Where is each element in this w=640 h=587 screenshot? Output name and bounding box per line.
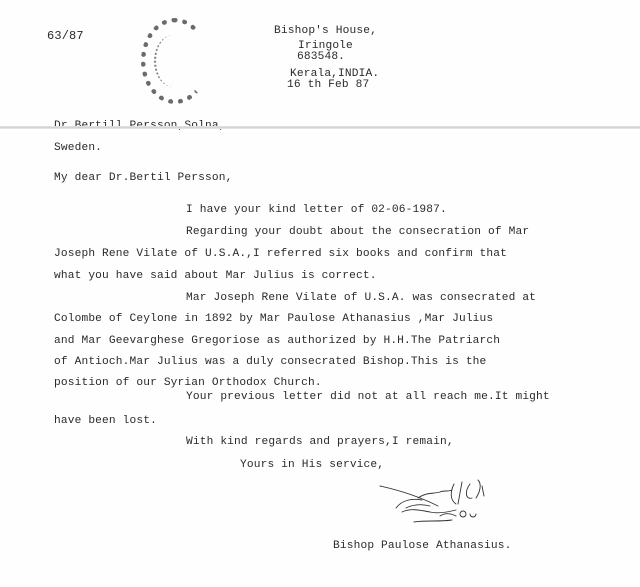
- body-line: I have your kind letter of 02-06-1987.: [186, 204, 447, 217]
- handwritten-signature-icon: [378, 478, 528, 528]
- recipient-line-2: Sweden.: [54, 142, 102, 155]
- body-line: Mar Joseph Rene Vilate of U.S.A. was con…: [186, 292, 536, 305]
- church-seal-stamp-icon: [141, 18, 209, 104]
- body-line: position of our Syrian Orthodox Church.: [54, 377, 322, 390]
- letterhead-line-1: Bishop's House,: [274, 25, 377, 38]
- reference-number: 63/87: [47, 30, 84, 43]
- body-line: have been lost.: [54, 415, 157, 428]
- body-line: Colombe of Ceylone in 1892 by Mar Paulos…: [54, 313, 493, 326]
- body-line: Regarding your doubt about the consecrat…: [186, 226, 529, 239]
- letter-page: 63/87 Bishop's House, Iringole 683548. K…: [0, 0, 640, 587]
- body-line: of Antioch.Mar Julius was a duly consecr…: [54, 356, 486, 369]
- signatory-name: Bishop Paulose Athanasius.: [333, 540, 511, 553]
- paper-fold-line: [0, 126, 640, 129]
- letter-date: 16 th Feb 87: [287, 79, 369, 92]
- seal-inner-ring: [154, 35, 192, 87]
- closing-line-2: Yours in His service,: [240, 459, 384, 472]
- body-line: Joseph Rene Vilate of U.S.A.,I referred …: [54, 248, 507, 261]
- letterhead-line-3: 683548.: [297, 51, 345, 64]
- body-line: what you have said about Mar Julius is c…: [54, 270, 377, 283]
- salutation: My dear Dr.Bertil Persson,: [54, 172, 232, 185]
- closing-line-1: With kind regards and prayers,I remain,: [186, 436, 454, 449]
- body-line: and Mar Geevarghese Gregoriose as author…: [54, 335, 500, 348]
- body-line: Your previous letter did not at all reac…: [186, 391, 550, 404]
